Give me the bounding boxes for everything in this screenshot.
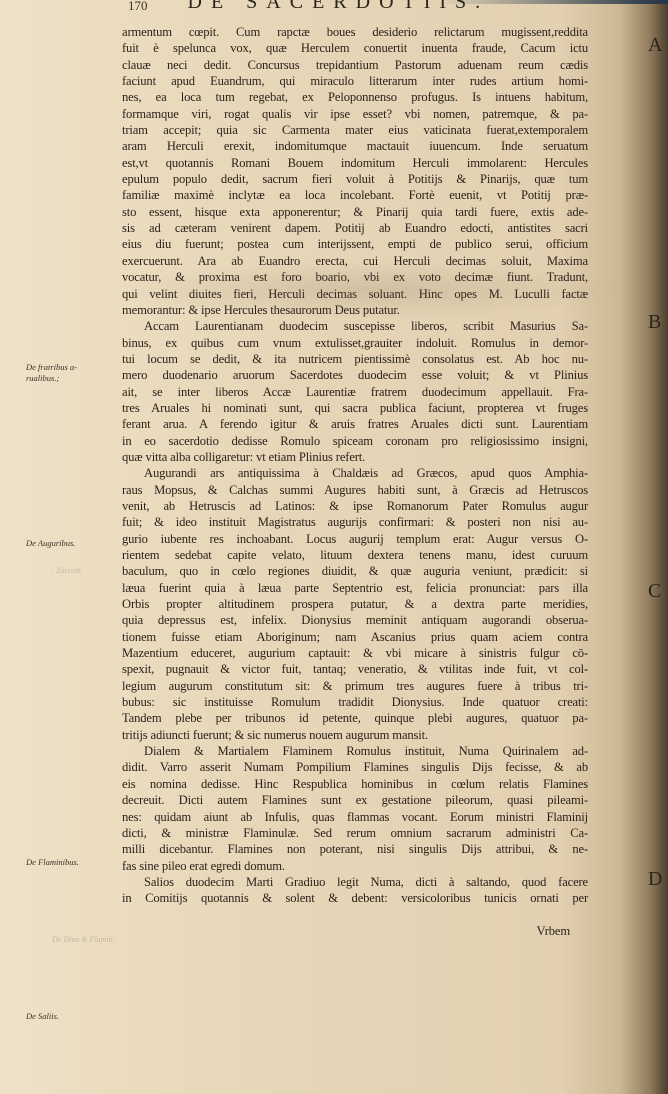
- text-line: Salios duodecim Marti Gradiuo legit Numa…: [122, 874, 588, 890]
- body-text: armentum cœpit. Cum rapctæ boues desider…: [122, 24, 588, 939]
- section-letter: D: [648, 868, 662, 891]
- text-line: fas sine pileo erat egredi domum.: [122, 858, 588, 874]
- text-line: formamque viri, rogat qualis vir ipse es…: [122, 106, 588, 122]
- text-line: triam accepit; quia sic Carmenta mater e…: [122, 122, 588, 138]
- text-line: baculum, quo in cœlo regiones diuidit, &…: [122, 563, 588, 579]
- text-line: ferant arua. A ferendo igitur & aruis fr…: [122, 416, 588, 432]
- section-letter: A: [648, 34, 662, 57]
- text-line: quia depressus est, infelix. Dionysius m…: [122, 612, 588, 628]
- text-line: sto essent, hisque exta apponerentur; & …: [122, 204, 588, 220]
- bleed-through-text: De Diuo & Flamin.: [52, 935, 115, 944]
- margin-note: De fratribus a- rualibus.;: [26, 362, 116, 384]
- text-line: Orbis propter altitudinem prospera putat…: [122, 596, 588, 612]
- text-line: memorantur: & ipse Hercules thesaurorum …: [122, 302, 588, 318]
- section-letter: C: [648, 580, 661, 603]
- text-line: læua fuerint quia à læua parte Septentri…: [122, 580, 588, 596]
- text-line: rientem sedebat capite velato, lituum de…: [122, 547, 588, 563]
- margin-note: De Flaminibus.: [26, 857, 116, 868]
- text-line: tui locum se dedit, & ita nutricem pient…: [122, 351, 588, 367]
- margin-note: De Saliis.: [26, 1011, 116, 1022]
- text-line: decreuit. Dicti autem Flamines sunt ex g…: [122, 792, 588, 808]
- text-line: raus Mopsus, & Calchas summi Augures hab…: [122, 482, 588, 498]
- text-line: mero duodenario aruorum Sacerdotes duode…: [122, 367, 588, 383]
- text-line: Augurandi ars antiquissima à Chaldæis ad…: [122, 465, 588, 481]
- text-line: armentum cœpit. Cum rapctæ boues desider…: [122, 24, 588, 40]
- text-line: qui velint diuites fieri, Herculi decima…: [122, 286, 588, 302]
- text-line: in Comitijs quotannis & solent & debent:…: [122, 890, 588, 906]
- text-line: tres Aruales hi nominati sunt, qui sacra…: [122, 400, 588, 416]
- text-line: tionem fuisse etiam Aboriginum; nam Asca…: [122, 629, 588, 645]
- text-line: clauæ neci dedit. Concursus trepidantium…: [122, 57, 588, 73]
- text-line: dicti, & ministræ Flaminulæ. Sed rerum o…: [122, 825, 588, 841]
- text-line: quæ vitta alba colligaretur: vt etiam Pl…: [122, 449, 588, 465]
- text-line: ait, se inter liberos Accæ Laurentiæ fra…: [122, 384, 588, 400]
- text-line: nes: quidam aiunt ab Infulis, quas flamm…: [122, 809, 588, 825]
- text-line: milli dicebantur. Flamines non poterant,…: [122, 841, 588, 857]
- bleed-through-text: , Zacrent.: [52, 566, 83, 575]
- running-head: 170 DE SACERDOTIIS.: [128, 0, 608, 14]
- page-title: DE SACERDOTIIS.: [188, 0, 490, 14]
- text-line: nes, ea loca tum regebat, ex Peloponnens…: [122, 89, 588, 105]
- text-line: didit. Varro asserit Numam Pompilium Fla…: [122, 759, 588, 775]
- text-line: Accam Laurentianam duodecim suscepisse l…: [122, 318, 588, 334]
- text-line: familiæ maximè inclytæ ea loca incoleban…: [122, 187, 588, 203]
- margin-note: De Auguribus.: [26, 538, 116, 549]
- text-line: fuit è spelunca vox, quæ Herculem conuer…: [122, 40, 588, 56]
- text-line: venit, ab Hetruscis ad Latinos: & ipse R…: [122, 498, 588, 514]
- text-line: est,vt quotannis Romani Bouem indomitum …: [122, 155, 588, 171]
- text-line: Tandem plebe per tribunos id petente, qu…: [122, 710, 588, 726]
- text-line: eius diu fuerunt; postea cum interijssen…: [122, 236, 588, 252]
- text-line: spexit, pugnauit & victor fuit, tantaq; …: [122, 661, 588, 677]
- book-page: 170 DE SACERDOTIIS. , Zacrent. De Diuo &…: [0, 0, 668, 1094]
- text-line: [122, 907, 588, 923]
- text-line: exercuerunt. Ara ab Euandro erecta, cui …: [122, 253, 588, 269]
- text-line: Dialem & Martialem Flaminem Romulus inst…: [122, 743, 588, 759]
- text-line: vocatur, & proxima est foro boario, vbi …: [122, 269, 588, 285]
- text-line: fuit; & ideo instituit Magistratus augur…: [122, 514, 588, 530]
- text-line: gurio iubente res inchoabant. Locus augu…: [122, 531, 588, 547]
- text-line: tritijs adiuncti fuerunt; & sic numerus …: [122, 727, 588, 743]
- text-line: in eo sacerdotio dedisse Romulo spiceam …: [122, 433, 588, 449]
- text-line: bubus: sic instituisse Romulum tradidit …: [122, 694, 588, 710]
- catchword: Vrbem: [122, 923, 588, 939]
- text-line: sis ad cæteram venirent dapem. Potitij a…: [122, 220, 588, 236]
- text-line: epulum populo dedit, sacrum fieri voluit…: [122, 171, 588, 187]
- text-line: eis nomina dedisse. Hinc Respublica homi…: [122, 776, 588, 792]
- text-line: aram Herculi erexit, indomitumque mactau…: [122, 138, 588, 154]
- text-line: faciunt apud Euandrum, qui miraculo litt…: [122, 73, 588, 89]
- text-line: Mazentium educeret, augurium captauit: &…: [122, 645, 588, 661]
- section-letter: B: [648, 311, 661, 334]
- text-line: legium augurum constitutum sit: & primum…: [122, 678, 588, 694]
- page-number: 170: [128, 0, 148, 14]
- text-line: binus, ex quibus cum vnum extulisset,gra…: [122, 335, 588, 351]
